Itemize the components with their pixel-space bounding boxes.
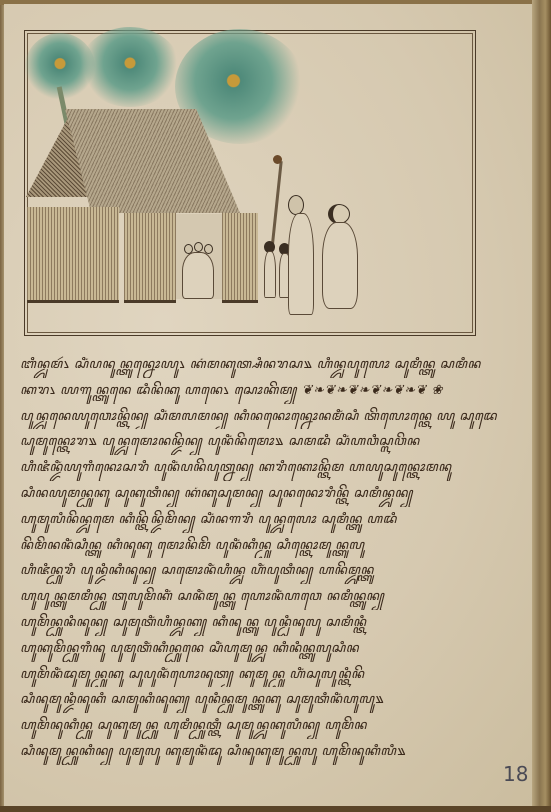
child-figure <box>264 251 276 298</box>
text-line: ꦲꦸꦏꦸꦩꦼꦤ꧀ꦝꦸꦒꦶꦤꦸ ꦥꦸꦩꦸꦠꦶꦁꦏꦶꦤ꧀ꦝꦸꦤꦺ ꦱꦶꦁꦲꦸꦩꦸꦤ꧀… <box>20 636 520 662</box>
pole-top-ornament <box>273 155 282 164</box>
text-line: ꦲꦶꦗꦶꦤ꧀ꦝꦸꦫꦶ ꦥꦸꦤ꧀ꦢꦶꦏꦶꦤꦸꦤ꧀ ꦱꦩꦺꦴꦤꦶꦁꦲꦶꦤ꧀ꦢꦸ ꦲꦶ… <box>20 558 520 584</box>
page-number: 18 <box>503 762 528 786</box>
doorway-figure <box>182 252 214 299</box>
text-line: ꦱꦶꦤꦪꦸꦩꦤ꧀ꦝꦸꦏꦸ ꦱꦸꦏꦸꦠꦶꦤ꧀ ꦏꦁꦏꦸꦱꦸꦩꦤ꧀ ꦱꦸꦤꦤꦺꦴꦫꦶ… <box>20 481 520 507</box>
text-line: ꦏꦫ꧈ ꦪꦒꦸꦤ꧀ꦠꦸꦤꦺ ꦢꦶꦤꦼꦏꦸ ꦲꦤꦺ꧈ ꦱꦺꦴꦏꦼꦩ꧀ ❦❧❦❧❦❧… <box>20 378 520 404</box>
woven-wall-left <box>27 207 119 303</box>
kneeling-woman-figure <box>322 222 358 309</box>
text-line: ꦲꦸꦩꦼꦤꦸꦏꦶꦤ꧀ꦝꦸ ꦱꦸꦏꦸꦩꦸꦤ꧀ꦝꦸ ꦲꦸꦩꦶꦤ꧀ꦝꦸꦠ꧀ꦠꦶ ꦱꦸꦩ… <box>20 713 520 739</box>
kneeling-woman-head <box>328 204 350 224</box>
woven-wall-center <box>124 213 176 303</box>
standing-woman-head <box>288 195 304 215</box>
text-line: ꦝꦸꦩꦸꦤ꧀ꦠꦺꦴꦫ꧉ ꦥꦸꦤ꧀ꦢꦸꦩꦺꦴꦤꦤ꧀ꦢꦼꦤ꧀ ꦥꦸꦤꦶꦁꦤꦼꦩꦺꦴ꧉… <box>20 429 520 455</box>
text-line: ꦱꦶꦤꦸꦩꦸꦤ꧀ꦢꦶꦤꦸꦏꦶ ꦱꦩꦸꦏꦶꦤꦸꦏ꧀ ꦥꦸꦤꦶꦤ꧀ꦝꦸꦩꦸꦤ꧀ꦠꦸꦏ… <box>20 687 520 713</box>
text-line: ꦥꦸꦤ꧀ꦢꦸꦤꦺꦪꦸꦮꦺꦴꦤ꧀ꦠꦼꦤ꧀ ꦱꦶꦁꦩꦭꦩꦤ꧀ ꦏꦶꦤꦤꦺꦴꦤ꧀ꦤꦺꦴ… <box>20 404 520 430</box>
text-line: ꦲꦶꦗꦶꦤ꧀ꦢꦶꦁꦪꦸꦒꦶꦤꦺꦴꦱꦫꦶ ꦥꦸꦤꦶꦁꦥꦤꦼꦥꦸꦠ꧀ꦤꦤ꧀ ꦏꦫꦶꦏ… <box>20 455 520 481</box>
text-line: ꦱꦶꦤꦸꦩꦸꦤ꧀ꦝꦸꦏꦶꦤ꧀ ꦥꦸꦩꦸꦭꦸ ꦏꦸꦩꦸꦤꦶꦁꦢꦸ ꦱꦶꦤꦸꦏꦸꦩꦸ… <box>20 739 520 765</box>
text-line: ꦧꦶꦤ꧀ꦢꦸꦩꦂ꧈ ꦱꦶꦁꦥꦤꦸꦤ꧀ꦠꦸꦤ꧀ꦤꦺꦴꦪꦸ꧈ ꦏꦁꦩꦏꦸꦠ꧀ꦱꦶꦤꦫ… <box>20 352 520 378</box>
book-edge-right <box>532 0 551 812</box>
standing-woman-figure <box>288 213 314 315</box>
text-line: ꦲꦸꦥꦸꦤ꧀ꦠꦸꦩꦩꦶꦤ꧀ꦝꦸ ꦠꦸꦭꦸꦩꦼꦏꦶꦁ ꦱꦤꦶꦁꦩꦸꦤ꧀ꦠꦸ ꦲꦺꦴ… <box>20 584 520 610</box>
doorway-figure-head <box>194 242 203 252</box>
manuscript-text: ꦧꦶꦤ꧀ꦢꦸꦩꦂ꧈ ꦱꦶꦁꦥꦤꦸꦤ꧀ꦠꦸꦤ꧀ꦤꦺꦴꦪꦸ꧈ ꦏꦁꦩꦏꦸꦠ꧀ꦱꦶꦤꦫ… <box>20 352 520 765</box>
palm-tree-center <box>80 27 180 107</box>
page-bottom-edge <box>0 806 551 812</box>
text-line: ꦲꦸꦩꦼꦤꦶꦁꦢꦸꦩꦸꦤ꧀ꦝꦸꦏꦸ ꦱꦸꦥꦸꦤꦶꦁꦲꦺꦴꦤꦸꦠ꧀ ꦏꦸꦩꦸꦤ꧀ꦝ… <box>20 662 520 688</box>
text-line: ꦲꦸꦩꦼꦤ꧀ꦝꦸꦤꦶꦤꦸꦤ꧀ ꦱꦸꦩꦸꦠꦶꦁꦲꦶꦤ꧀ꦢꦸꦏ꧀ ꦏꦶꦤꦸꦤ꧀ꦠꦸ … <box>20 610 520 636</box>
woven-wall-right <box>222 213 258 303</box>
text-line: ꦤꦼꦩꦼꦤꦤꦶꦁꦱꦶꦤ꧀ꦠꦸ ꦏꦶꦤꦸꦏꦸ ꦩꦺꦴꦤꦼꦩꦼ ꦥꦸꦤꦶꦁꦏꦶꦤ꧀ꦝ… <box>20 533 520 559</box>
text-line: ꦲꦸꦩꦸꦭꦶꦤꦼꦤ꧀ꦢꦸꦩꦺ ꦏꦶꦤ꧀ꦠꦼꦤ꧀ꦢꦼꦩꦼꦤ꧀ ꦱꦶꦁꦤꦒꦫꦶ ꦥꦸ… <box>20 507 520 533</box>
